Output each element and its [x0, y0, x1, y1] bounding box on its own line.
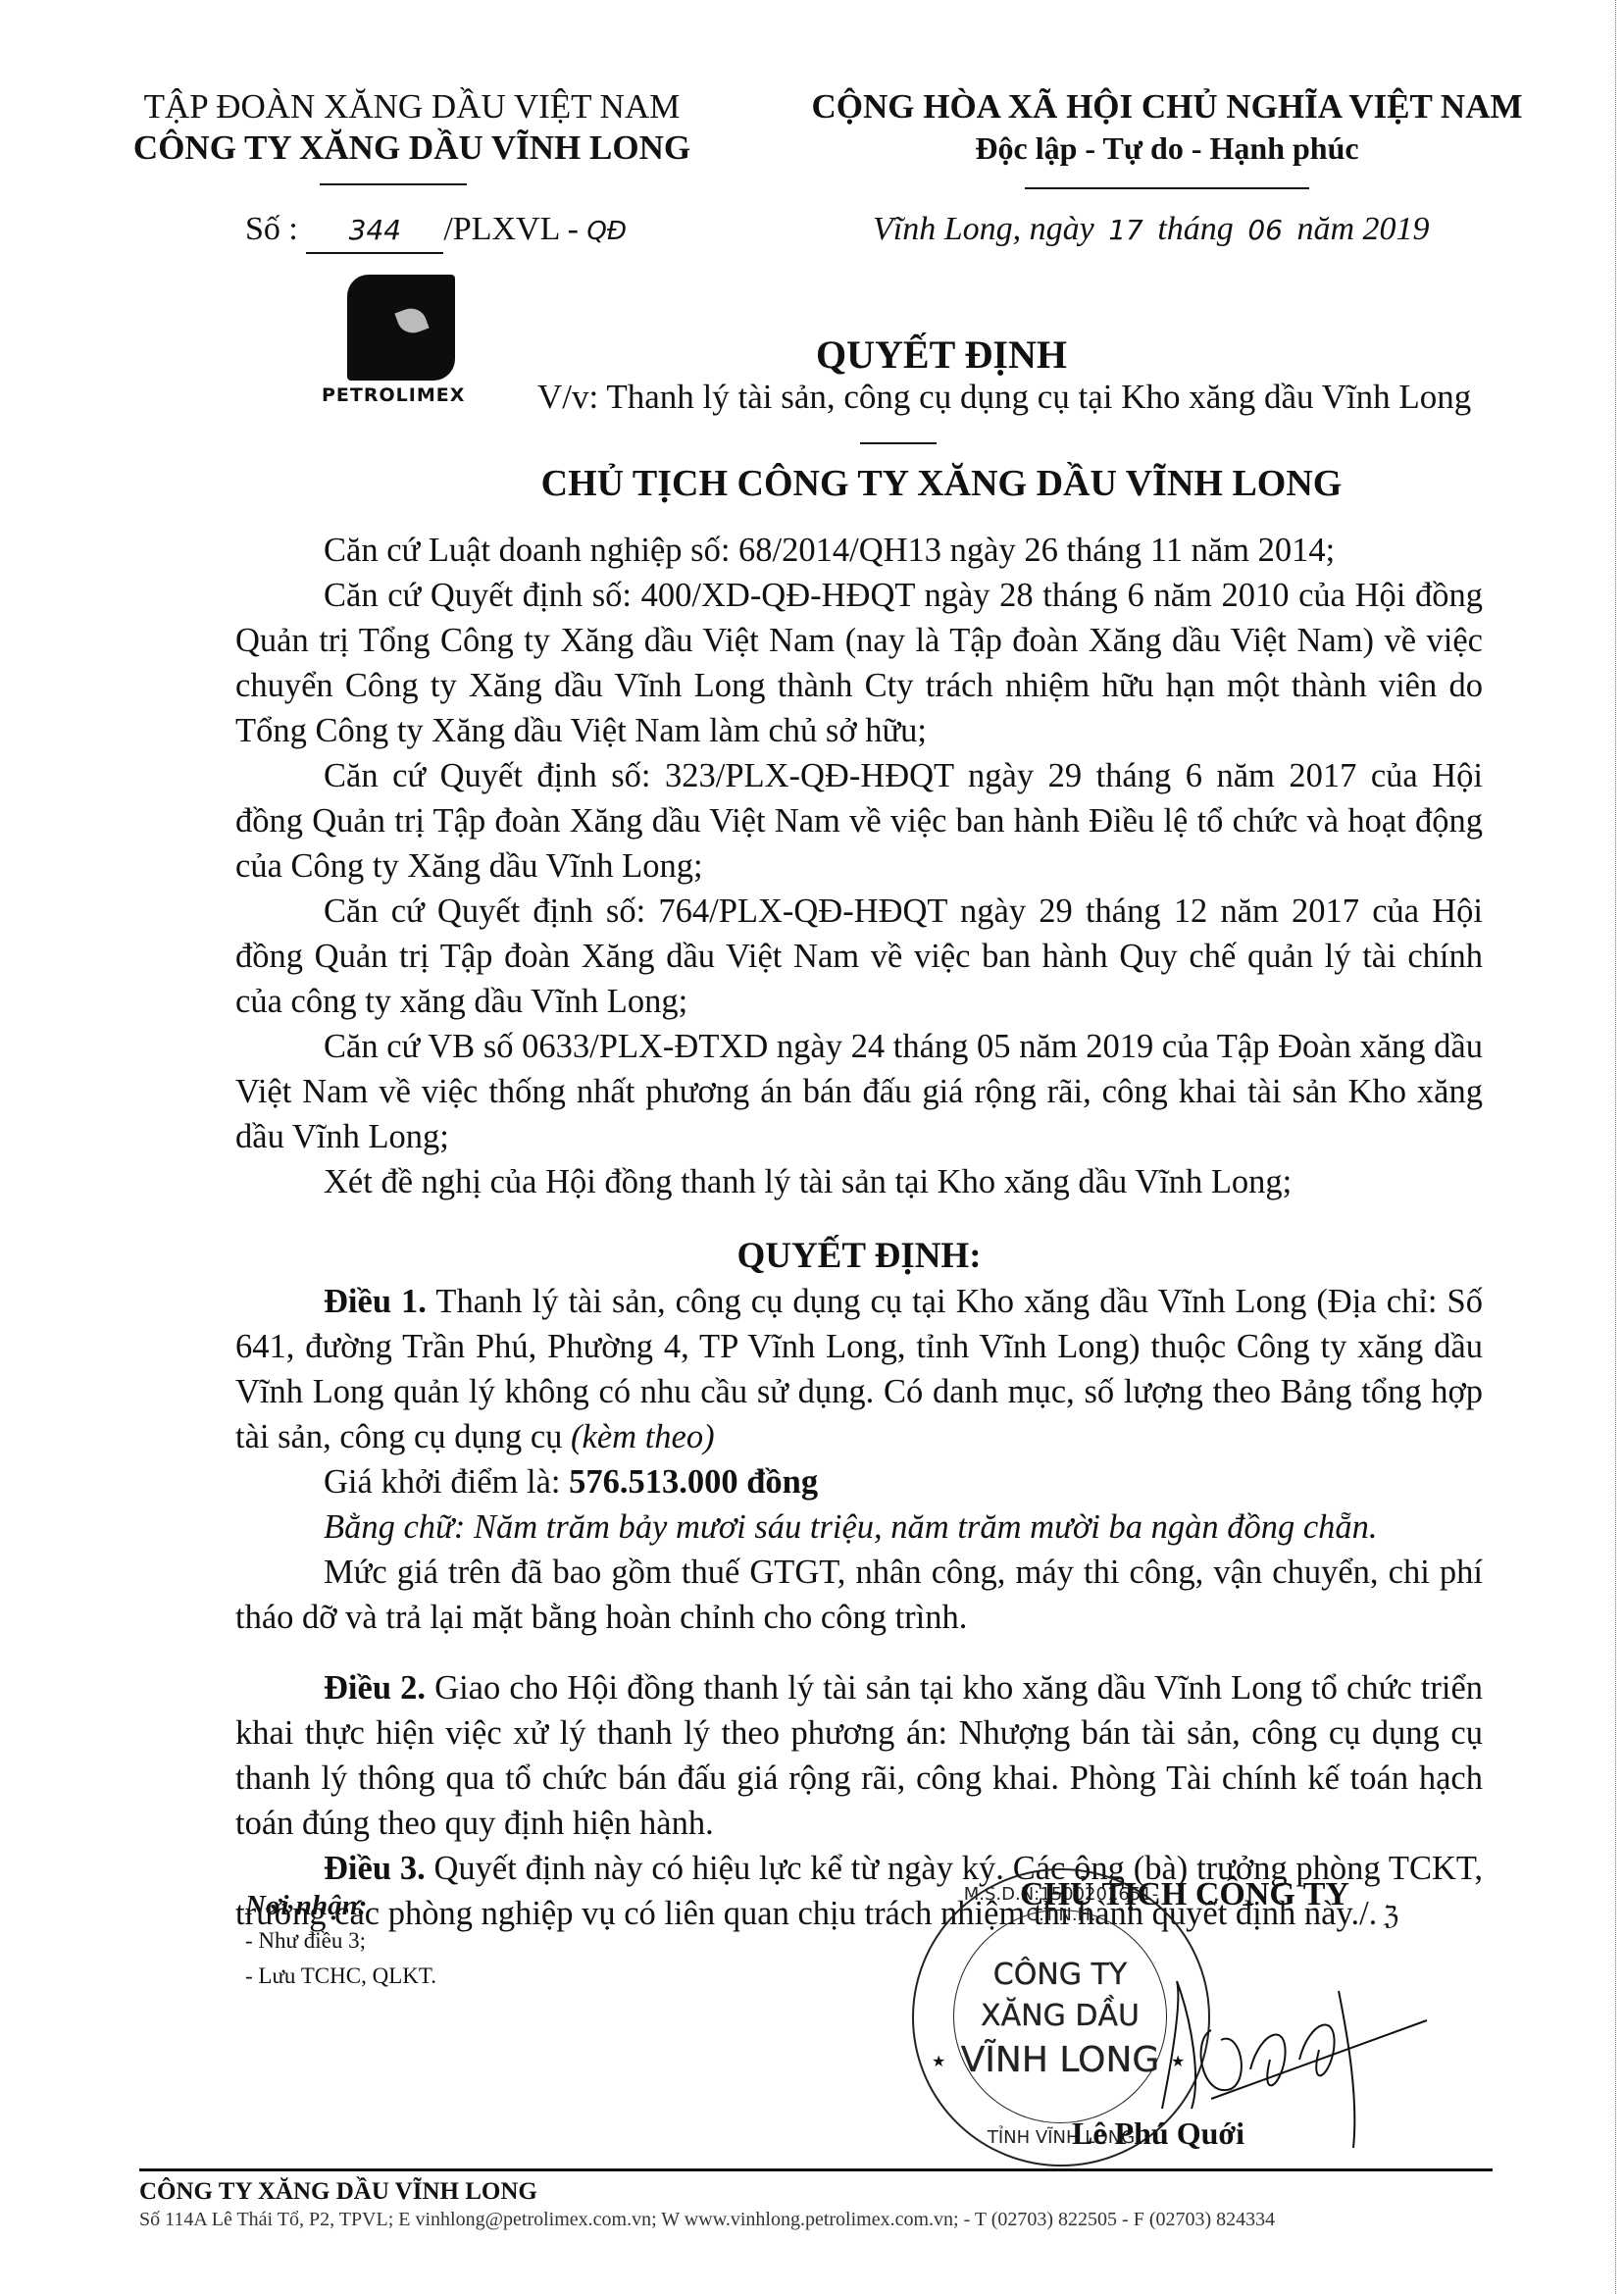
issuing-company: CÔNG TY XĂNG DẦU VĨNH LONG: [118, 127, 706, 169]
preamble-item: Căn cứ Luật doanh nghiệp số: 68/2014/QH1…: [235, 528, 1483, 573]
article-3-label: Điều 3.: [324, 1850, 426, 1887]
issuing-authority: CHỦ TỊCH CÔNG TY XĂNG DẦU VĨNH LONG: [294, 459, 1589, 508]
stamp-line-1: CÔNG TY: [954, 1958, 1166, 1992]
starting-price: Giá khởi điểm là: 576.513.000 đồng: [235, 1459, 1483, 1504]
initial-mark-icon: ℨ: [1383, 1902, 1398, 1931]
preamble-item: Căn cứ Quyết định số: 400/XD-QĐ-HĐQT ngà…: [235, 573, 1483, 753]
decision-heading: QUYẾT ĐỊNH:: [235, 1234, 1483, 1279]
parent-organization: TẬP ĐOÀN XĂNG DẦU VIỆT NAM: [118, 86, 706, 127]
preamble-item: Xét đề nghị của Hội đồng thanh lý tài sả…: [235, 1159, 1483, 1204]
price-value: 576.513.000 đồng: [569, 1463, 818, 1501]
date-prefix: Vĩnh Long, ngày: [873, 211, 1094, 247]
logo-brand-text: PETROLIMEX: [322, 384, 465, 406]
issuer-underline: [320, 183, 467, 185]
preamble-item: Căn cứ Quyết định số: 323/PLX-QĐ-HĐQT ng…: [235, 753, 1483, 889]
article-1-attachment-note: (kèm theo): [571, 1418, 715, 1455]
date-month: 06: [1247, 214, 1283, 246]
recipient-item: - Như điều 3;: [245, 1923, 436, 1959]
preamble-item: Căn cứ Quyết định số: 764/PLX-QĐ-HĐQT ng…: [235, 889, 1483, 1024]
scan-edge: [1615, 0, 1616, 2294]
star-icon: ★: [932, 2052, 945, 2071]
footer-rule: [139, 2168, 1493, 2171]
signatory-name: Lê Phú Quới: [1072, 2114, 1244, 2153]
price-words-text: Bằng chữ: Năm trăm bảy mươi sáu triệu, n…: [324, 1508, 1378, 1546]
national-heading: CỘNG HÒA XÃ HỘI CHỦ NGHĨA VIỆT NAM Độc l…: [765, 86, 1569, 169]
price-label: Giá khởi điểm là:: [324, 1463, 569, 1501]
recipients-block: Nơi nhận: - Như điều 3; - Lưu TCHC, QLKT…: [245, 1888, 436, 1994]
issue-date: Vĩnh Long, ngày 17 tháng 06 năm 2019: [873, 208, 1430, 252]
article-2-label: Điều 2.: [324, 1669, 426, 1707]
doc-no-label: Số :: [245, 211, 298, 247]
price-in-words: Bằng chữ: Năm trăm bảy mươi sáu triệu, n…: [235, 1504, 1483, 1550]
doc-no-type: QĐ: [586, 217, 627, 246]
preamble-item: Căn cứ VB số 0633/PLX-ĐTXD ngày 24 tháng…: [235, 1024, 1483, 1159]
signatory-title: CHỦ TỊCH CÔNG TY: [1020, 1875, 1349, 1914]
article-2: Điều 2. Giao cho Hội đồng thanh lý tài s…: [235, 1665, 1483, 1846]
recipient-item: - Lưu TCHC, QLKT.: [245, 1959, 436, 1994]
motto-underline: [1025, 187, 1309, 189]
price-note: Mức giá trên đã bao gồm thuế GTGT, nhân …: [235, 1550, 1483, 1640]
doc-no-suffix: /PLXVL -: [443, 211, 579, 247]
stamp-line-2: XĂNG DẦU: [954, 1999, 1166, 2033]
country-name: CỘNG HÒA XÃ HỘI CHỦ NGHĨA VIỆT NAM: [765, 86, 1569, 127]
date-day: 17: [1108, 214, 1143, 246]
issuer-block: TẬP ĐOÀN XĂNG DẦU VIỆT NAM CÔNG TY XĂNG …: [118, 86, 706, 169]
footer-contact: Số 114A Lê Thái Tổ, P2, TPVL; E vinhlong…: [139, 2207, 1275, 2232]
stamp-inner-circle: CÔNG TY XĂNG DẦU VĨNH LONG: [953, 1910, 1167, 2123]
footer-company: CÔNG TY XĂNG DẦU VĨNH LONG: [139, 2177, 537, 2207]
doc-no-value: 344: [306, 209, 443, 254]
recipients-heading: Nơi nhận:: [245, 1888, 436, 1923]
date-month-label: tháng: [1157, 211, 1233, 247]
article-1-label: Điều 1.: [324, 1283, 427, 1320]
document-number: Số : 344/PLXVL - QĐ: [245, 208, 627, 254]
document-body: Căn cứ Luật doanh nghiệp số: 68/2014/QH1…: [235, 528, 1483, 1939]
document-title: QUYẾT ĐỊNH: [294, 331, 1589, 379]
article-1: Điều 1. Thanh lý tài sản, công cụ dụng c…: [235, 1279, 1483, 1459]
date-year-label: năm: [1296, 211, 1354, 247]
date-year: 2019: [1363, 211, 1430, 247]
national-motto: Độc lập - Tự do - Hạnh phúc: [765, 127, 1569, 169]
document-subject: V/v: Thanh lý tài sản, công cụ dụng cụ t…: [537, 376, 1471, 419]
stamp-line-3: VĨNH LONG: [954, 2040, 1166, 2080]
subject-underline: [860, 442, 937, 444]
